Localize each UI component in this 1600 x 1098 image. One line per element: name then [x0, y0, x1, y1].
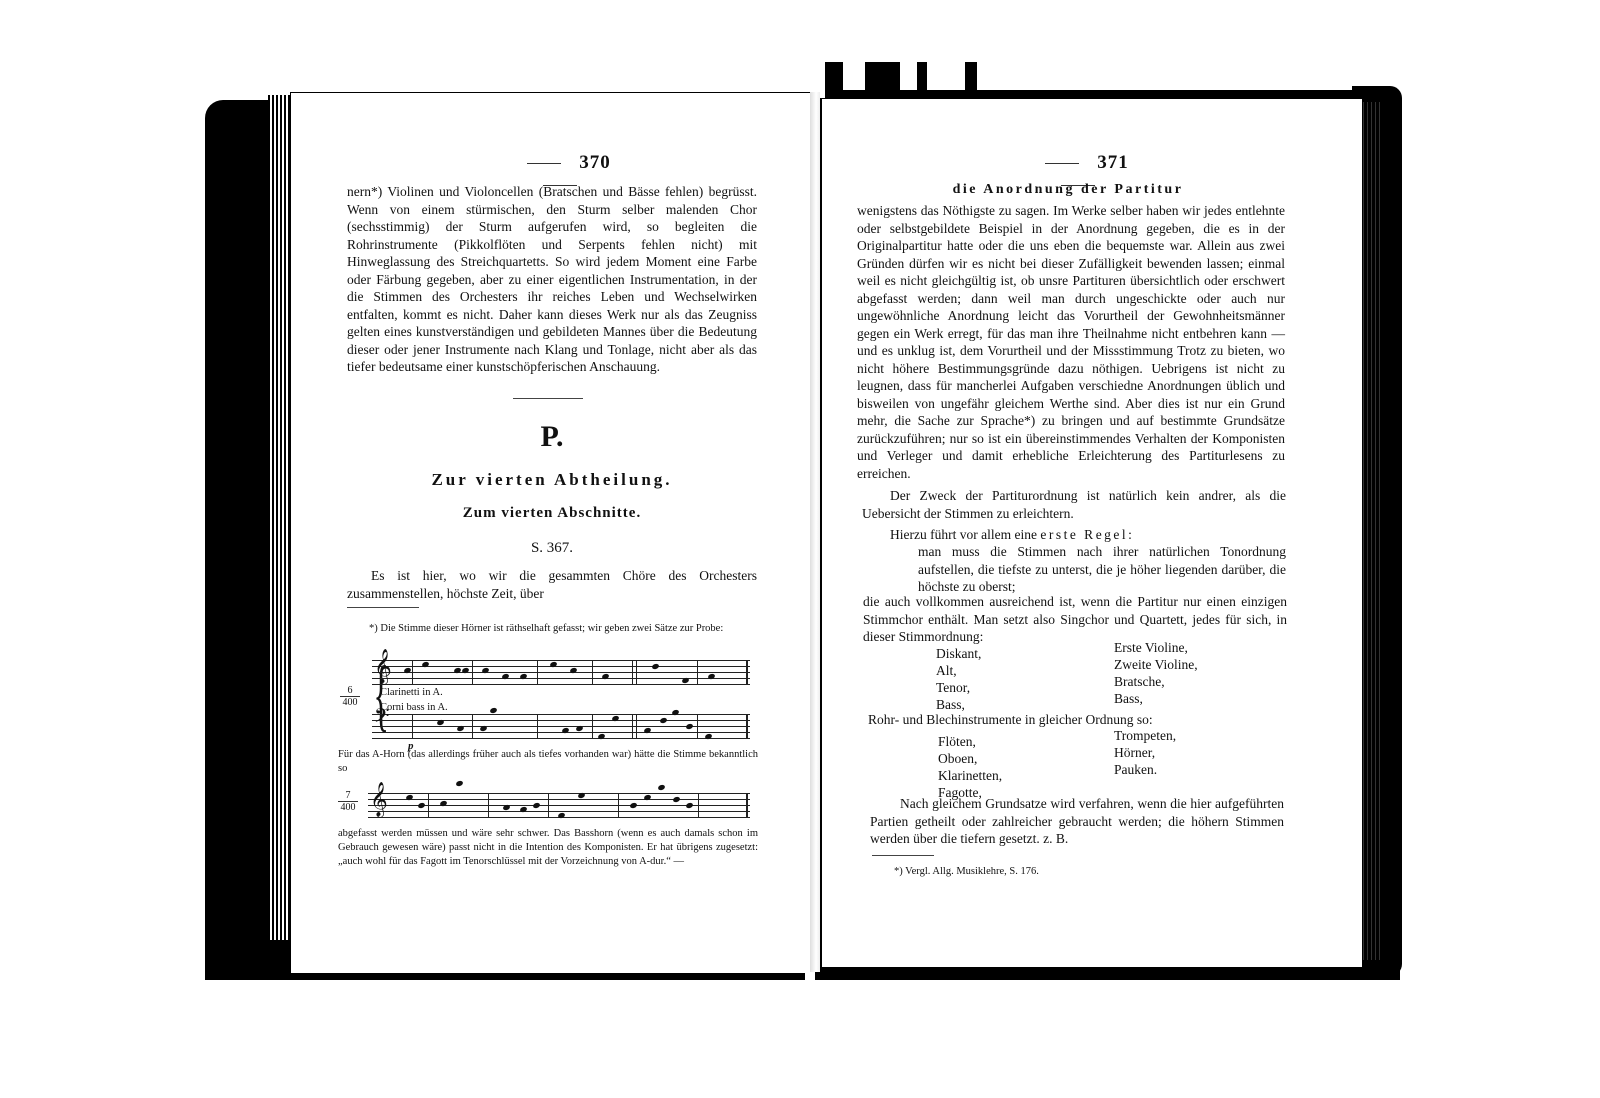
section-title: Zur vierten Abtheilung. — [347, 470, 757, 490]
paragraph-single-choir: die auch vollkommen ausreichend ist, wen… — [863, 593, 1287, 646]
label-clarinets: Clarinetti in A. — [380, 686, 443, 700]
section-letter: P. — [347, 420, 757, 454]
intro-text: Es ist hier, wo wir die gesammten Chöre … — [347, 567, 757, 602]
book-tabs-top — [825, 62, 1385, 102]
subsection-title: Zum vierten Abschnitte. — [347, 505, 757, 522]
paragraph-divided-parts: Nach gleichem Grundsatze wird verfahren,… — [870, 795, 1284, 848]
list-voices: Diskant, Alt, Tenor, Bass, — [936, 645, 981, 713]
page-edges-right — [1360, 100, 1380, 960]
music-staff-a-horn: 𝄞 — [368, 793, 750, 821]
footnote-basshorn: abgefasst werden müssen und wäre sehr sc… — [338, 827, 758, 869]
treble-clef-icon: 𝄞 — [374, 650, 392, 684]
book-gutter — [810, 92, 820, 972]
page-reference: S. 367. — [347, 540, 757, 557]
paragraph-wind-instruments: Rohr- und Blechinstrumente in gleicher O… — [868, 711, 1288, 729]
list-strings: Erste Violine, Zweite Violine, Bratsche,… — [1114, 639, 1198, 707]
right-page-heading: die Anordnung der Partitur — [858, 182, 1278, 198]
right-body-text: wenigstens das Nöthigste zu sagen. Im We… — [857, 202, 1285, 482]
left-body-text: nern*) Violinen und Violoncellen (Bratsc… — [347, 183, 757, 376]
footnote-horns: *) Die Stimme dieser Hörner ist räthselh… — [347, 622, 757, 636]
page-edges-left — [268, 95, 290, 975]
example-2-fraction: 7 400 — [338, 790, 358, 813]
label-horns: Corni bass in A. — [380, 701, 448, 715]
music-staff-clarinets: 𝄞 — [372, 660, 750, 688]
list-woodwinds: Flöten, Oboen, Klarinetten, Fagotte, — [938, 733, 1002, 801]
footnote-a-horn: Für das A-Horn (das allerdings früher au… — [338, 748, 758, 776]
book-cover-bottom-right — [815, 966, 1400, 980]
rule-text: man muss die Stimmen nach ihrer natürlic… — [918, 543, 1286, 596]
paragraph-purpose: Der Zweck der Partiturordnung ist natürl… — [862, 487, 1286, 522]
example-1-fraction: 6 400 — [340, 685, 360, 708]
list-brass: Trompeten, Hörner, Pauken. — [1114, 727, 1176, 778]
footnote-divider — [347, 607, 419, 608]
right-footnote-divider — [872, 855, 934, 856]
treble-clef-icon-2: 𝄞 — [370, 783, 388, 817]
section-divider — [513, 398, 583, 399]
music-staff-horns: 𝄢 — [372, 714, 750, 742]
paragraph-first-rule: Hierzu führt vor allem eine erste Regel: — [890, 526, 1290, 544]
right-footnote: *) Vergl. Allg. Musiklehre, S. 176. — [894, 865, 1254, 879]
bass-clef-icon: 𝄢 — [374, 706, 389, 733]
